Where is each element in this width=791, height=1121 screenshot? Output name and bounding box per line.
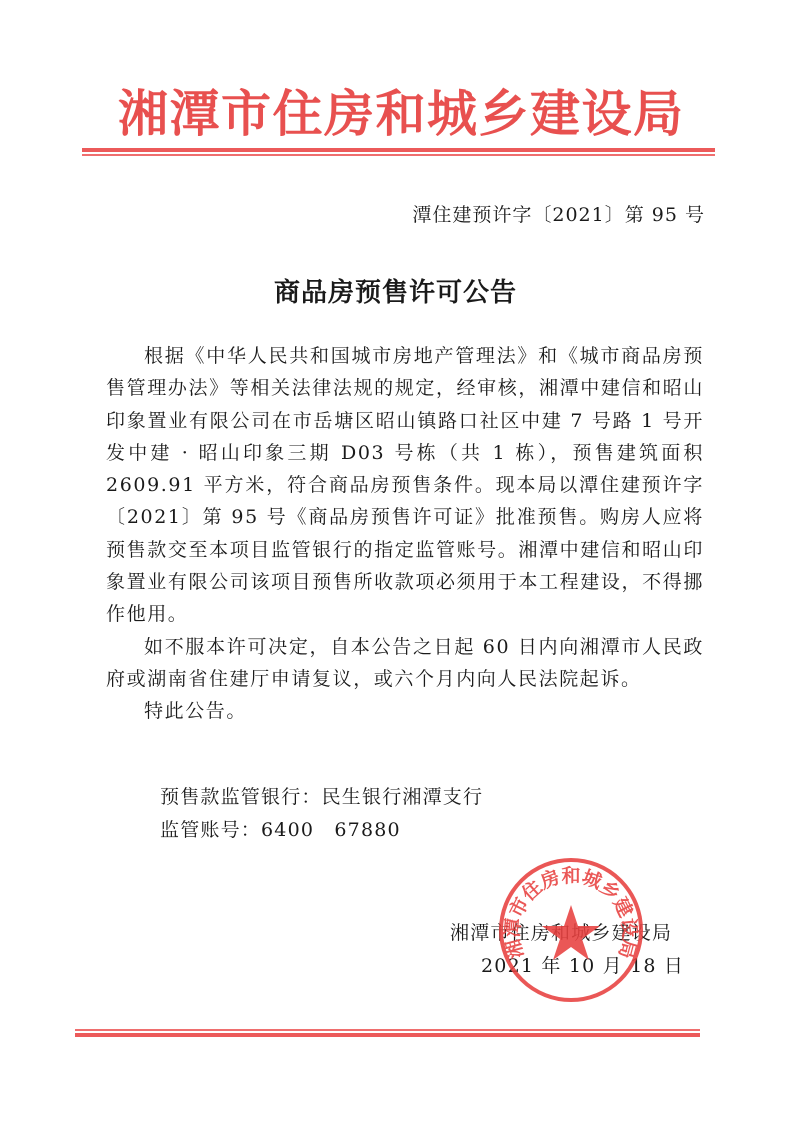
star-icon <box>542 905 600 960</box>
header-rule-thick <box>82 148 715 152</box>
paragraph-appeal-notice: 如不服本许可决定，自本公告之日起 60 日内向湘潭市人民政府或湖南省住建厅申请复… <box>106 631 704 696</box>
footer-rule-thin <box>75 1029 700 1031</box>
agency-letterhead-title: 湘潭市住房和城乡建设局 <box>118 84 680 144</box>
supervision-account-line: 监管账号：6400 67880 <box>160 815 401 846</box>
header-rule-thin <box>82 154 715 156</box>
paragraph-closing: 特此公告。 <box>106 695 704 727</box>
account-label: 监管账号： <box>160 819 261 841</box>
account-value: 6400 67880 <box>261 819 401 841</box>
supervision-bank-label: 预售款监管银行： <box>160 786 322 808</box>
footer-rule-thick <box>75 1033 700 1037</box>
supervision-bank-line: 预售款监管银行：民生银行湘潭支行 <box>160 782 483 813</box>
official-seal: 湘潭市住房和城乡建设局 <box>498 857 644 1003</box>
document-title: 商品房预售许可公告 <box>0 272 791 309</box>
supervision-bank-value: 民生银行湘潭支行 <box>322 786 484 808</box>
paragraph-permit-approval: 根据《中华人民共和国城市房地产管理法》和《城市商品房预售管理办法》等相关法律法规… <box>106 340 704 631</box>
document-body: 根据《中华人民共和国城市房地产管理法》和《城市商品房预售管理办法》等相关法律法规… <box>106 340 704 728</box>
document-number: 潭住建预许字〔2021〕第 95 号 <box>412 200 705 227</box>
